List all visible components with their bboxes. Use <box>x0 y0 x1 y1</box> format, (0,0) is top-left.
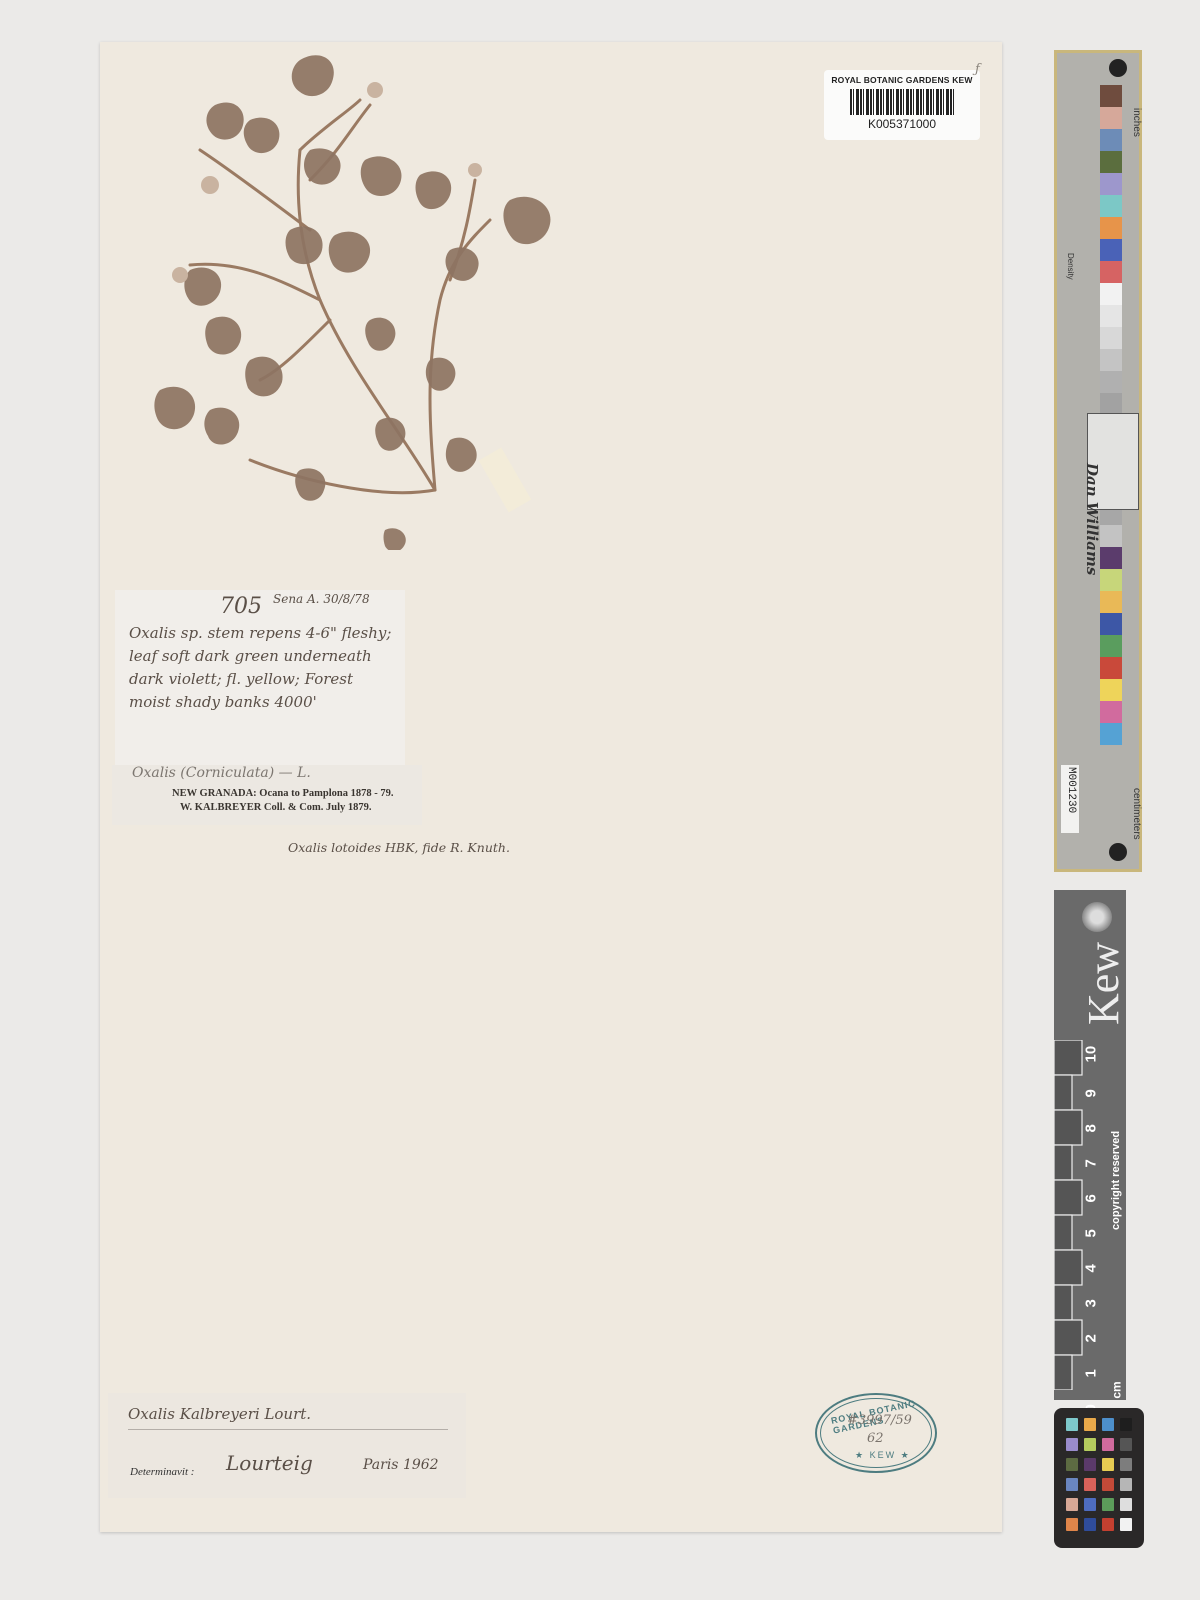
field-notes: Oxalis sp. stem repens 4-6" fleshy; leaf… <box>129 622 399 714</box>
institution-name: ROYAL BOTANIC GARDENS KEW <box>824 75 980 85</box>
color-swatch <box>1084 1478 1096 1491</box>
annotation-lotoides: Oxalis lotoides HBK, fide R. Knuth. <box>288 840 510 855</box>
color-swatch <box>1066 1518 1078 1531</box>
scale-number: 2 <box>1083 1323 1118 1343</box>
ruler-code: M001230 <box>1061 765 1079 833</box>
scale-numbers: 109876543210 <box>1090 1035 1110 1420</box>
kew-accession-stamp: ROYAL BOTANIC GARDENS #3997/59 62 ★ KEW … <box>815 1393 937 1473</box>
color-swatch <box>1102 1518 1114 1531</box>
color-swatch <box>1120 1438 1132 1451</box>
color-patch <box>1100 217 1122 239</box>
ruler-hole-top <box>1109 59 1127 77</box>
locality-line: NEW GRANADA: Ocana to Pamplona 1878 - 79… <box>172 788 393 799</box>
color-patch <box>1100 569 1122 591</box>
color-swatch <box>1120 1418 1132 1431</box>
color-patch <box>1100 371 1122 393</box>
determinavit-slip: Oxalis Kalbreyeri Lourt. Determinavit : … <box>108 1393 466 1498</box>
color-patch <box>1100 393 1122 415</box>
color-swatch <box>1066 1458 1078 1471</box>
determined-name: Oxalis Kalbreyeri Lourt. <box>128 1405 311 1423</box>
color-checker-card <box>1054 1408 1144 1548</box>
determinavit-label: Determinavit : <box>130 1466 194 1478</box>
color-patch <box>1100 613 1122 635</box>
color-swatch <box>1084 1418 1096 1431</box>
scale-number: 4 <box>1083 1253 1118 1273</box>
color-ruler: inches Density Dan Williams centimeters … <box>1054 50 1142 872</box>
ruler-brand: Dan Williams <box>1083 463 1101 575</box>
color-patch <box>1100 107 1122 129</box>
copyright-text: copyright reserved <box>1110 1131 1122 1230</box>
color-patch <box>1100 657 1122 679</box>
color-patch <box>1100 151 1122 173</box>
color-patch <box>1100 283 1122 305</box>
color-swatch <box>1102 1418 1114 1431</box>
color-patch <box>1100 349 1122 371</box>
color-patch <box>1100 261 1122 283</box>
color-swatch <box>1066 1478 1078 1491</box>
barcode-number: K005371000 <box>824 117 980 131</box>
accession-year: 62 <box>867 1431 884 1446</box>
color-patch <box>1100 305 1122 327</box>
color-patch <box>1100 85 1122 107</box>
printed-label: Oxalis (Corniculata) — L. NEW GRANADA: O… <box>112 765 422 825</box>
inches-label: inches <box>1131 108 1142 137</box>
color-patch <box>1100 173 1122 195</box>
color-swatch <box>1120 1518 1132 1531</box>
color-patch <box>1100 195 1122 217</box>
scale-number: 1 <box>1083 1358 1118 1378</box>
color-swatch <box>1102 1478 1114 1491</box>
scale-number: 3 <box>1083 1288 1118 1308</box>
color-swatch <box>1120 1498 1132 1511</box>
color-checker-swatches <box>1066 1418 1132 1531</box>
color-patch <box>1100 679 1122 701</box>
collection-number: 705 <box>220 594 262 619</box>
color-patch <box>1100 547 1122 569</box>
color-patch <box>1100 239 1122 261</box>
kew-scale-bar: Kew 109876543210 copyright reserved cm <box>1054 890 1126 1400</box>
color-patch <box>1100 327 1122 349</box>
determination-place-date: Paris 1962 <box>363 1457 439 1473</box>
color-swatch <box>1084 1438 1096 1451</box>
color-swatch <box>1066 1438 1078 1451</box>
cm-label: cm <box>1110 1381 1124 1398</box>
scale-number: 10 <box>1083 1043 1118 1063</box>
color-patch <box>1100 591 1122 613</box>
corner-mark: ƒ <box>975 62 980 77</box>
color-patch <box>1100 129 1122 151</box>
scale-number: 9 <box>1083 1078 1118 1098</box>
color-swatch <box>1120 1478 1132 1491</box>
early-determination: Oxalis (Corniculata) — L. <box>132 765 311 781</box>
color-swatch <box>1066 1418 1078 1431</box>
scale-number: 8 <box>1083 1113 1118 1133</box>
color-patch <box>1100 701 1122 723</box>
color-swatch <box>1120 1458 1132 1471</box>
color-swatch <box>1084 1518 1096 1531</box>
slip-rule <box>128 1429 448 1430</box>
stamp-kew: ★ KEW ★ <box>855 1450 911 1461</box>
centimeters-label: centimeters <box>1131 788 1142 840</box>
barcode-label: ROYAL BOTANIC GARDENS KEW K005371000 <box>824 70 980 140</box>
kew-crest-icon <box>1082 902 1112 932</box>
color-swatch <box>1102 1438 1114 1451</box>
ruler-hole-bottom <box>1109 843 1127 861</box>
collection-date: Sena A. 30/8/78 <box>273 592 370 606</box>
collector-label: 705 Sena A. 30/8/78 Oxalis sp. stem repe… <box>115 590 405 765</box>
color-swatch <box>1102 1458 1114 1471</box>
collector-line: W. KALBREYER Coll. & Com. July 1879. <box>180 802 372 813</box>
color-patch <box>1100 635 1122 657</box>
density-label: Density <box>1066 253 1075 280</box>
color-patch <box>1100 723 1122 745</box>
color-patch <box>1100 525 1122 547</box>
color-swatch <box>1084 1458 1096 1471</box>
color-swatch <box>1066 1498 1078 1511</box>
accession-number: #3997/59 <box>847 1413 912 1428</box>
color-swatch <box>1102 1498 1114 1511</box>
kew-logo: Kew <box>1078 942 1129 1025</box>
barcode-bars <box>850 89 954 115</box>
color-swatch <box>1084 1498 1096 1511</box>
determiner-signature: Lourteig <box>226 1451 313 1475</box>
